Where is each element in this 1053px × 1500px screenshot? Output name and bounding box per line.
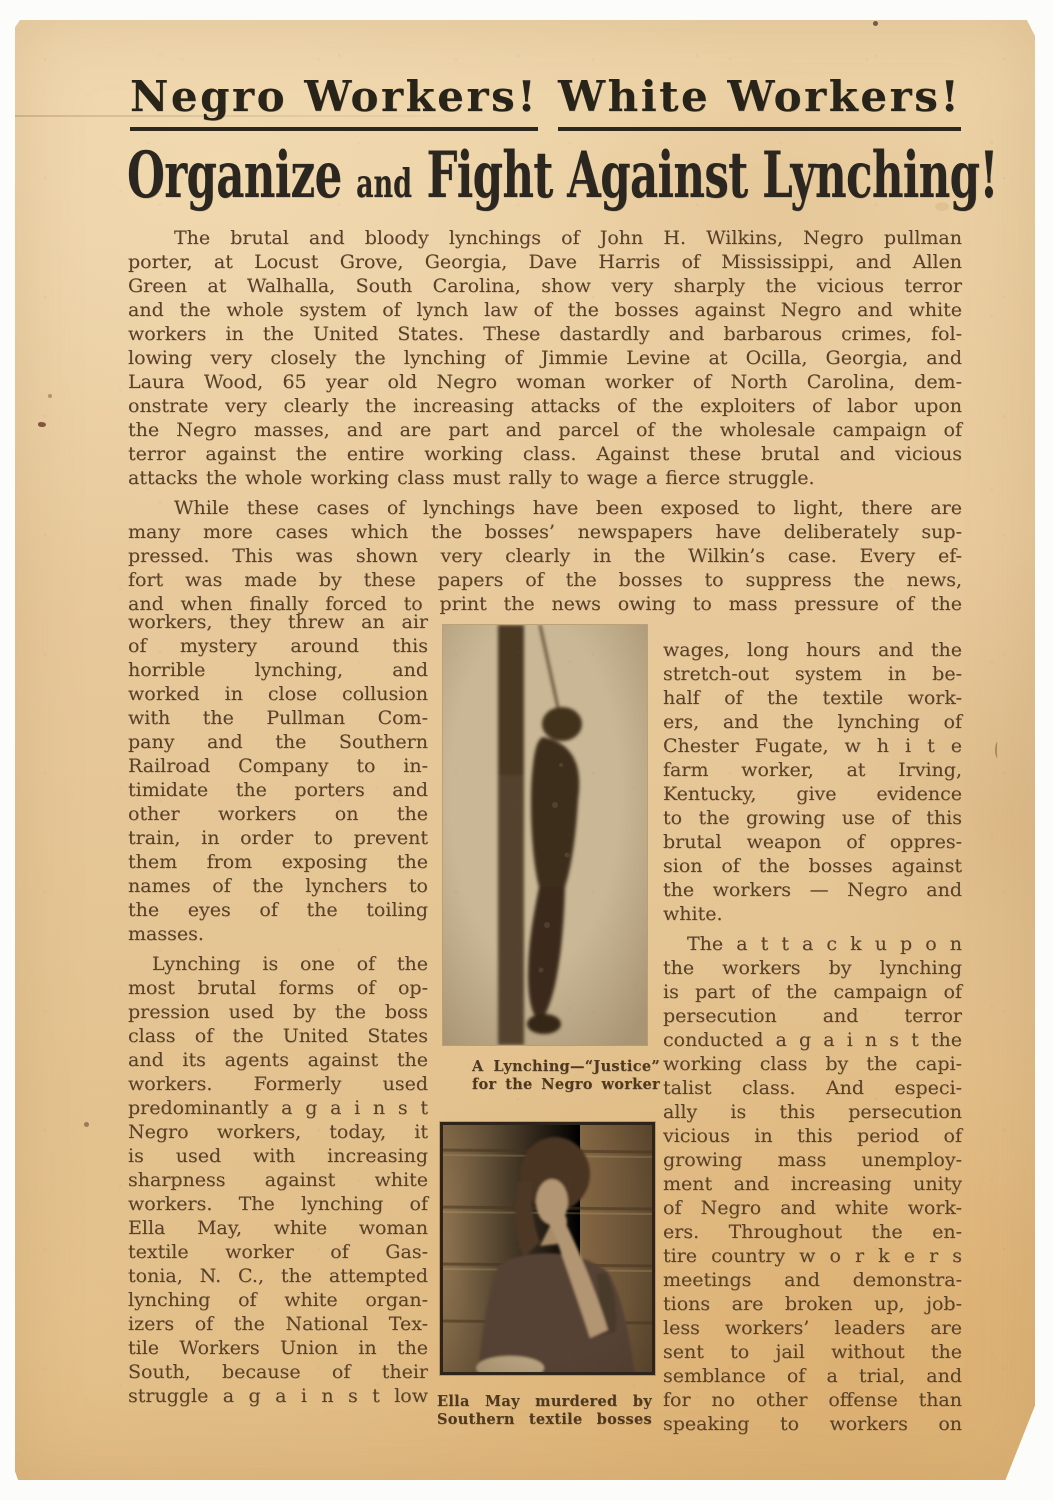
text-line: of mystery around this	[128, 634, 428, 658]
text-line: vicious in this period of	[663, 1124, 962, 1148]
text-line: South, because of their	[128, 1360, 428, 1384]
text-line: with the Pullman Com-	[128, 706, 428, 730]
text-line: workers in the United States. These dast…	[128, 322, 962, 346]
headline-white-workers: White Workers!	[558, 74, 961, 131]
text-line: ment and increasing unity	[663, 1172, 962, 1196]
text-line: talist class. And especi-	[663, 1076, 962, 1100]
ella-may-photo-caption: Ella May murdered bySouthern textile bos…	[437, 1393, 652, 1428]
text-line: tonia, N. C., the attempted	[128, 1264, 428, 1288]
left-column-paragraph-1: workers, they threw an airof mystery aro…	[128, 610, 428, 946]
text-line: other workers on the	[128, 802, 428, 826]
leaflet-paper: Negro Workers! White Workers! Organize a…	[15, 20, 1035, 1480]
text-line: The a t t a c k u p o n	[663, 932, 962, 956]
ella-may-photo	[440, 1122, 655, 1375]
text-line: Southern textile bosses	[437, 1411, 652, 1429]
text-line: ers, and the lynching of	[663, 710, 962, 734]
text-line: farm worker, at Irving,	[663, 758, 962, 782]
text-line: worked in close collusion	[128, 682, 428, 706]
lynching-photo-art	[443, 625, 647, 1045]
text-line: names of the lynchers to	[128, 874, 428, 898]
text-line: The brutal and bloody lynchings of John …	[128, 226, 962, 250]
text-line: stretch-out system in be-	[663, 662, 962, 686]
text-line: of Negro and white work-	[663, 1196, 962, 1220]
text-line: half of the textile work-	[663, 686, 962, 710]
title-part-1: Organize	[127, 138, 356, 213]
text-line: onstrate very clearly the increasing att…	[128, 394, 962, 418]
text-line: class of the United States	[128, 1024, 428, 1048]
text-line: ers. Throughout the en-	[663, 1220, 962, 1244]
text-line: While these cases of lynchings have been…	[128, 496, 962, 520]
right-column-paragraph-2: The a t t a c k u p o nthe workers by ly…	[663, 932, 962, 1436]
text-line: the eyes of the toiling	[128, 898, 428, 922]
paper-speck	[84, 1122, 89, 1127]
text-line: is part of the campaign of	[663, 980, 962, 1004]
paper-speck	[995, 742, 1000, 758]
text-line: them from exposing the	[128, 850, 428, 874]
text-line: fort was made by these papers of the bos…	[128, 568, 962, 592]
text-line: lowing very closely the lynching of Jimm…	[128, 346, 962, 370]
lynching-photo	[443, 625, 647, 1045]
text-line: for the Negro worker	[472, 1076, 660, 1094]
text-line: brutal weapon of oppres-	[663, 830, 962, 854]
intro-section: The brutal and bloody lynchings of John …	[128, 226, 962, 616]
text-line: timidate the porters and	[128, 778, 428, 802]
text-line: Railroad Company to in-	[128, 754, 428, 778]
text-line: workers. The lynching of	[128, 1192, 428, 1216]
text-line: sharpness against white	[128, 1168, 428, 1192]
text-line: working class by the capi-	[663, 1052, 962, 1076]
text-line: tire country w o r k e r s	[663, 1244, 962, 1268]
text-line: most brutal forms of op-	[128, 976, 428, 1000]
left-column: workers, they threw an airof mystery aro…	[128, 610, 428, 1408]
text-line: is used with increasing	[128, 1144, 428, 1168]
paper-speck	[48, 394, 52, 398]
text-line: masses.	[128, 922, 428, 946]
right-column: wages, long hours and thestretch-out sys…	[663, 638, 962, 1436]
text-line: and the whole system of lynch law of the…	[128, 298, 962, 322]
right-column-paragraph-1: wages, long hours and thestretch-out sys…	[663, 638, 962, 926]
text-line: Green at Walhalla, South Carolina, show …	[128, 274, 962, 298]
text-line: many more cases which the bosses’ newspa…	[128, 520, 962, 544]
text-line: sent to jail without the	[663, 1340, 962, 1364]
paper-speck	[38, 422, 46, 427]
text-line: predominantly a g a i n s t	[128, 1096, 428, 1120]
text-line: Kentucky, give evidence	[663, 782, 962, 806]
text-line: to the growing use of this	[663, 806, 962, 830]
text-line: Laura Wood, 65 year old Negro woman work…	[128, 370, 962, 394]
text-line: the workers — Negro and	[663, 878, 962, 902]
text-line: pression used by the boss	[128, 1000, 428, 1024]
text-line: tions are broken up, job-	[663, 1292, 962, 1316]
ella-may-photo-art	[440, 1122, 655, 1375]
intro-paragraph-1: The brutal and bloody lynchings of John …	[128, 226, 962, 490]
text-line: white.	[663, 902, 962, 926]
text-line: textile worker of Gas-	[128, 1240, 428, 1264]
text-line: train, in order to prevent	[128, 826, 428, 850]
text-line: wages, long hours and the	[663, 638, 962, 662]
paper-speck	[873, 21, 878, 26]
main-title: Organize and Fight Against Lynching!	[127, 138, 998, 213]
text-line: pressed. This was shown very clearly in …	[128, 544, 962, 568]
lynching-photo-caption: A Lynching—“Justice”for the Negro worker	[472, 1058, 660, 1093]
screenshot-root: { "colors": { "paper": "#e6c795", "ink_h…	[0, 0, 1053, 1500]
text-line: pany and the Southern	[128, 730, 428, 754]
text-line: less workers’ leaders are	[663, 1316, 962, 1340]
text-line: growing mass unemploy-	[663, 1148, 962, 1172]
text-line: ally is this persecution	[663, 1100, 962, 1124]
text-line: the workers by lynching	[663, 956, 962, 980]
text-line: sion of the bosses against	[663, 854, 962, 878]
text-line: Ella May, white woman	[128, 1216, 428, 1240]
text-line: Negro workers, today, it	[128, 1120, 428, 1144]
text-line: attacks the whole working class must ral…	[128, 466, 962, 490]
text-line: izers of the National Tex-	[128, 1312, 428, 1336]
text-line: terror against the entire working class.…	[128, 442, 962, 466]
text-line: workers, they threw an air	[128, 610, 428, 634]
text-line: conducted a g a i n s t the	[663, 1028, 962, 1052]
columns-section: workers, they threw an airof mystery aro…	[128, 610, 962, 1446]
text-line: workers. Formerly used	[128, 1072, 428, 1096]
text-line: Ella May murdered by	[437, 1393, 652, 1411]
text-line: horrible lynching, and	[128, 658, 428, 682]
text-line: A Lynching—“Justice”	[472, 1058, 660, 1076]
intro-paragraph-2: While these cases of lynchings have been…	[128, 496, 962, 616]
text-line: struggle a g a i n s t low	[128, 1384, 428, 1408]
left-column-paragraph-2: Lynching is one of themost brutal forms …	[128, 952, 428, 1408]
title-part-and: and	[356, 161, 412, 207]
text-line: Lynching is one of the	[128, 952, 428, 976]
text-line: for no other offense than	[663, 1388, 962, 1412]
title-part-2: Fight Against Lynching!	[412, 138, 998, 213]
text-line: and its agents against the	[128, 1048, 428, 1072]
text-line: persecution and terror	[663, 1004, 962, 1028]
text-line: speaking to workers on	[663, 1412, 962, 1436]
headline-negro-workers: Negro Workers!	[130, 74, 538, 131]
text-line: tile Workers Union in the	[128, 1336, 428, 1360]
text-line: lynching of white organ-	[128, 1288, 428, 1312]
text-line: meetings and demonstra-	[663, 1268, 962, 1292]
text-line: porter, at Locust Grove, Georgia, Dave H…	[128, 250, 962, 274]
text-line: the Negro masses, and are part and parce…	[128, 418, 962, 442]
text-line: Chester Fugate, w h i t e	[663, 734, 962, 758]
text-line: semblance of a trial, and	[663, 1364, 962, 1388]
